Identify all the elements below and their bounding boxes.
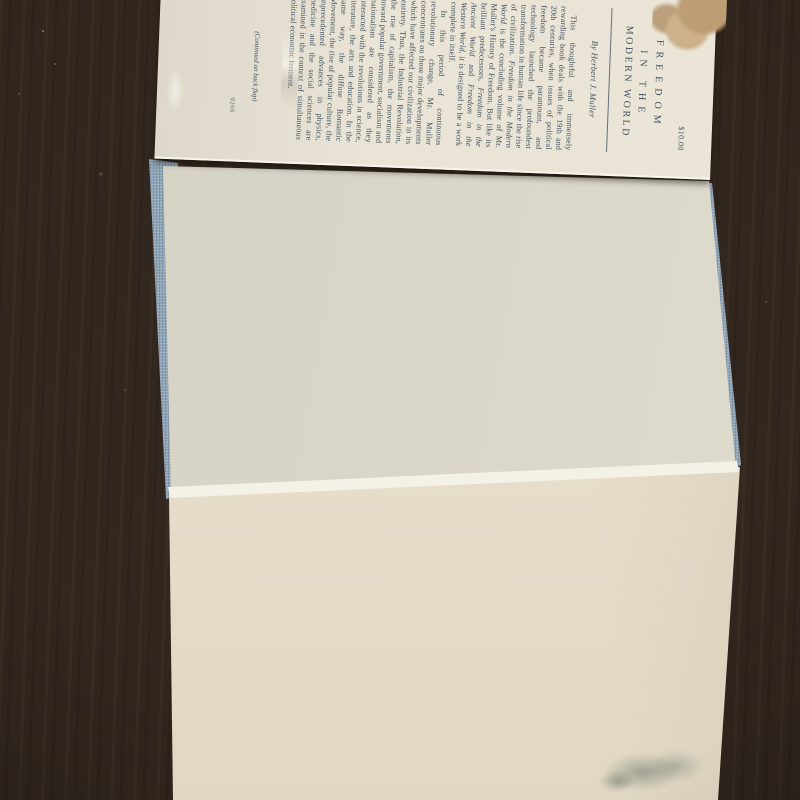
flap-text-block: $10.00 FREEDOM IN THE MODERN WORLD By He… [227,0,717,178]
dust-jacket-front-flap: $10.00 FREEDOM IN THE MODERN WORLD By He… [154,0,717,180]
flap-blurb: This thoughtful and immensely rewarding … [284,0,579,151]
author-byline: By Herbert J. Muller [587,7,603,151]
book-photo: $10.00 FREEDOM IN THE MODERN WORLD By He… [0,0,800,800]
flap-paragraph: This thoughtful and immensely rewarding … [444,2,579,151]
flap-corner-stain [651,0,727,54]
flap-glare-highlight [162,59,188,122]
flap-paragraph: In this period of continuous revolutiona… [284,0,449,146]
continued-note: (Continued on back flap) [250,0,264,138]
printer-code: 0266 [228,0,241,138]
page-smudge-stain [588,738,710,800]
title-rule [607,8,614,152]
